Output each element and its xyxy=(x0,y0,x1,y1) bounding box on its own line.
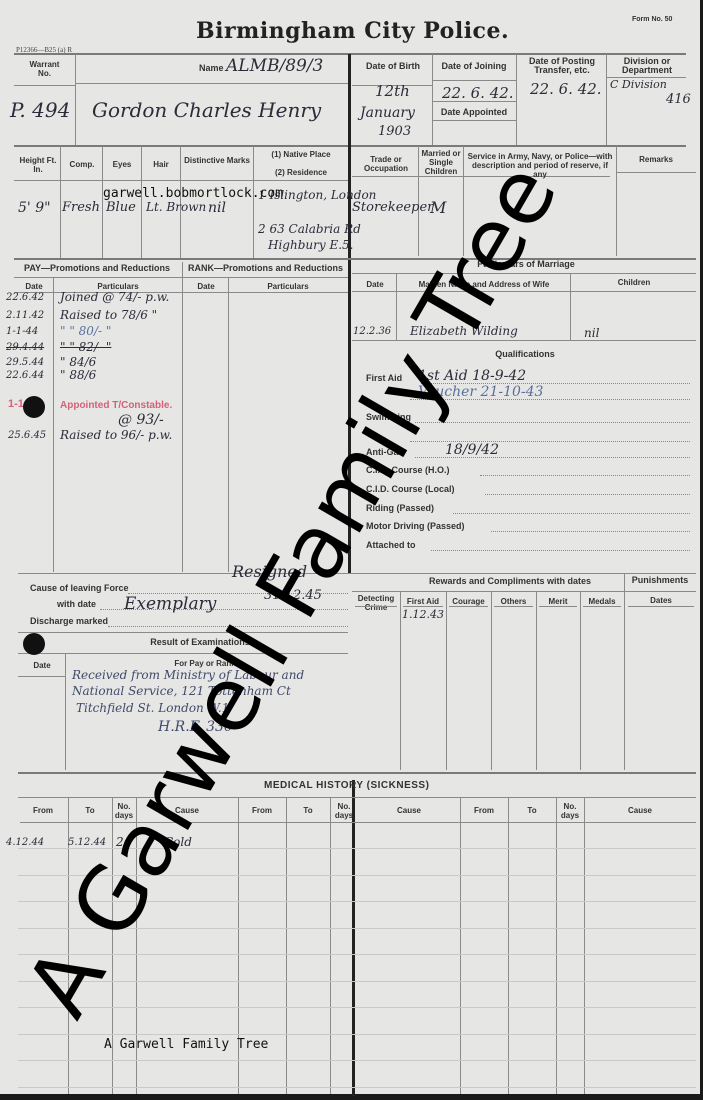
medical-col-header: No. days xyxy=(556,802,584,820)
joining-label: Date of Joining xyxy=(436,62,512,71)
pay-row-particulars: " " 82/- " xyxy=(60,340,111,354)
medical-col-header: From xyxy=(460,806,508,815)
dob-day: 12th xyxy=(375,82,410,100)
medical-col-header: To xyxy=(508,806,556,815)
married-value: M xyxy=(430,198,446,217)
pay-row-date: 1-1-44 xyxy=(6,326,38,337)
qualification-value: 18/9/42 xyxy=(445,442,499,458)
discharge-label: Discharge marked xyxy=(30,617,108,626)
hair-value: Lt. Brown xyxy=(146,200,206,214)
dob-month: January xyxy=(360,105,415,121)
height-value: 5' 9" xyxy=(18,200,51,216)
residence-value-2: Highbury E.5. xyxy=(268,238,353,252)
posting-value: 22. 6. 42. xyxy=(530,80,602,98)
division-label: Division or Department xyxy=(612,57,682,75)
medical-col-header: To xyxy=(286,806,330,815)
reward-first-aid-value: 1.12.43 xyxy=(402,608,444,621)
name-reference: ALMB/89/3 xyxy=(226,56,323,76)
married-label: Married or Single Children xyxy=(420,149,462,176)
residence-label: (2) Residence xyxy=(256,168,346,177)
appointed-label: Date Appointed xyxy=(436,108,512,117)
form-number: Form No. 50 xyxy=(632,15,672,24)
eyes-value: Blue xyxy=(106,200,136,215)
posting-label: Date of Posting Transfer, etc. xyxy=(520,57,604,75)
children-col: Children xyxy=(574,278,694,287)
punishments-title: Punishments xyxy=(626,576,694,585)
rank-title: RANK—Promotions and Reductions xyxy=(188,264,343,273)
height-label: Height Ft. In. xyxy=(18,156,58,174)
pay-row-date: 29.5.44 xyxy=(6,357,44,368)
eyes-label: Eyes xyxy=(103,160,141,169)
remarks-label: Remarks xyxy=(618,155,694,164)
appointed-stamp: Appointed T/Constable. xyxy=(60,400,172,411)
police-record-card: P12366—B25 (a) R Birmingham City Police.… xyxy=(0,0,700,1094)
rank-particulars-col: Particulars xyxy=(230,282,346,291)
reward-col-header: Others xyxy=(493,597,534,606)
medical-col-header: From xyxy=(18,806,68,815)
medical-col-header: Cause xyxy=(584,806,696,815)
with-date-label: with date xyxy=(57,600,96,609)
pay-last-date: 25.6.45 xyxy=(8,430,46,441)
name-value: Gordon Charles Henry xyxy=(92,98,321,122)
hair-label: Hair xyxy=(142,160,180,169)
pay-last-particulars: Raised to 96/- p.w. xyxy=(60,428,172,442)
joining-value: 22. 6. 42. xyxy=(442,84,514,102)
stamp-rate: @ 93/- xyxy=(118,412,164,428)
dob-label: Date of Birth xyxy=(358,62,428,71)
pay-row-particulars: " 84/6 xyxy=(60,355,96,369)
marks-label: Distinctive Marks xyxy=(184,156,250,165)
reward-col-header: Medals xyxy=(582,597,622,606)
reward-col-header: Detecting Crime xyxy=(354,594,398,612)
marriage-date-col: Date xyxy=(356,280,394,289)
exam-date-col: Date xyxy=(20,661,64,670)
warrant-value: P. 494 xyxy=(10,98,70,122)
pay-row-date: 29.4.44 xyxy=(6,342,44,353)
trade-label: Trade or Occupation xyxy=(356,155,416,173)
medical-from: 4.12.44 xyxy=(6,837,44,848)
comp-label: Comp. xyxy=(62,160,102,169)
division-value: C Division xyxy=(610,78,667,91)
native-label: (1) Native Place xyxy=(256,150,346,159)
marks-value: nil xyxy=(208,200,226,216)
punch-hole xyxy=(23,633,45,655)
rank-date-col: Date xyxy=(184,282,228,291)
reward-col-header: Merit xyxy=(538,597,578,606)
cause-leaving-label: Cause of leaving Force xyxy=(30,584,129,593)
punishments-dates-col: Dates xyxy=(628,596,694,605)
pay-row-particulars: " 88/6 xyxy=(60,368,96,382)
document-title: Birmingham City Police. xyxy=(196,18,509,44)
medical-col-header: From xyxy=(238,806,286,815)
children-value: nil xyxy=(584,326,599,340)
pay-row-date: 22.6.44 xyxy=(6,370,44,381)
pay-title: PAY—Promotions and Reductions xyxy=(24,264,170,273)
pay-row-particulars: " " 80/- " xyxy=(60,324,111,338)
pay-date-col: Date xyxy=(16,282,52,291)
rewards-title: Rewards and Compliments with dates xyxy=(400,577,620,586)
medical-col-header: Cause xyxy=(358,806,460,815)
reward-col-header: First Aid xyxy=(402,597,444,606)
pay-row-date: 22.6.42 xyxy=(6,292,44,303)
division-number: 416 xyxy=(666,92,691,107)
name-label: Name xyxy=(199,64,224,73)
comp-value: Fresh xyxy=(62,200,100,215)
url-watermark: garwell.bobmortlock.com xyxy=(103,186,283,201)
pay-row-particulars: Joined @ 74/- p.w. xyxy=(60,290,169,304)
reward-col-header: Courage xyxy=(448,597,489,606)
trade-value: Storekeeper xyxy=(352,200,433,215)
punch-hole xyxy=(23,396,45,418)
medical-col-header: No. days xyxy=(330,802,358,820)
pay-row-particulars: Raised to 78/6 " xyxy=(60,308,157,322)
dob-year: 1903 xyxy=(378,124,411,139)
pay-row-date: 2.11.42 xyxy=(6,310,44,321)
medical-title: MEDICAL HISTORY (SICKNESS) xyxy=(264,781,429,790)
warrant-label: Warrant No. xyxy=(22,60,67,78)
footer-watermark: A Garwell Family Tree xyxy=(104,1037,268,1052)
residence-value-1: 2 63 Calabria Rd xyxy=(258,222,361,236)
discharge-value: Exemplary xyxy=(124,594,216,614)
